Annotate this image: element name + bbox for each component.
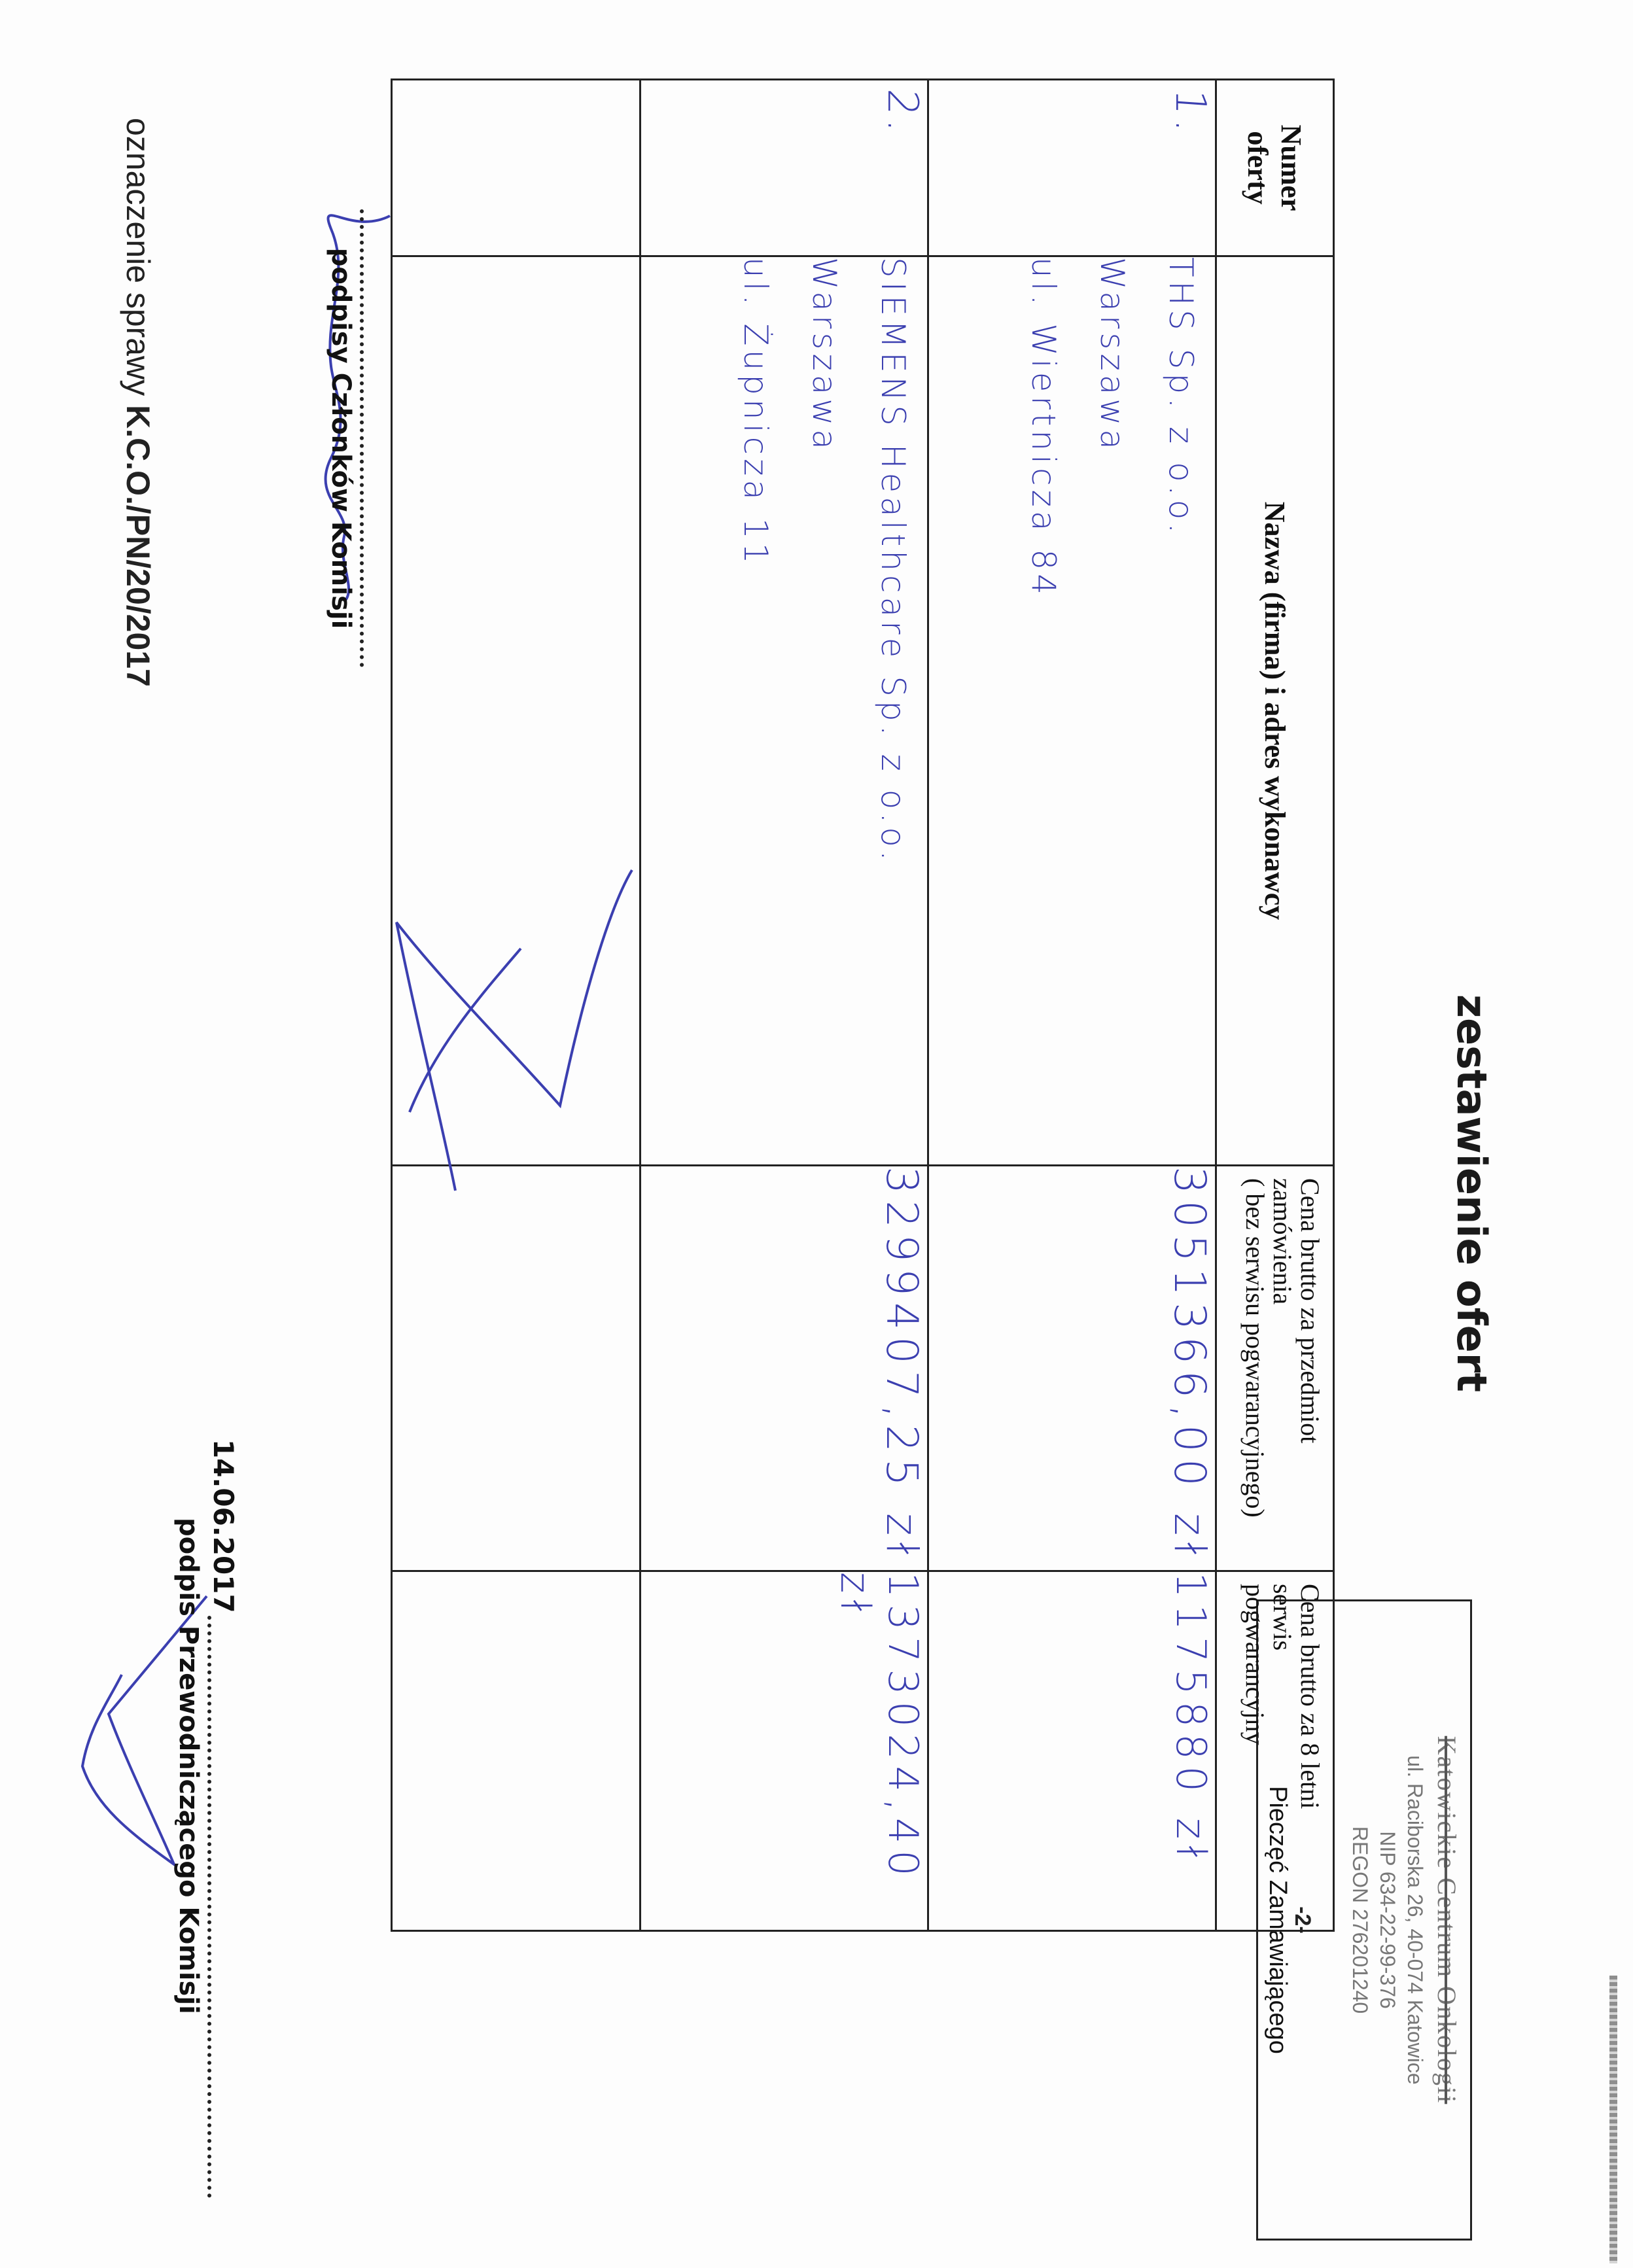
- document-sheet: oznaczenie sprawy K.C.O./PN/20/2017 zest…: [0, 0, 1633, 2268]
- contractor-name: THS Sp. z o.o.: [1146, 257, 1215, 1164]
- col-header-price-line2: zamówienia: [1269, 1178, 1296, 1558]
- stamp-nip: NIP 634-22-99-376: [1375, 1601, 1399, 2239]
- offers-table: Numer oferty Nazwa (firma) i adres wykon…: [391, 79, 1335, 1932]
- stamp-regon: REGON 276201240: [1348, 1601, 1372, 2239]
- case-ref-prefix: oznaczenie sprawy: [120, 118, 156, 396]
- empty-cell: [392, 80, 641, 256]
- col-header-service-line2: serwis: [1269, 1584, 1296, 1918]
- col-header-price: Cena brutto za przedmiot zamówienia ( be…: [1216, 1166, 1334, 1571]
- case-reference: oznaczenie sprawy K.C.O./PN/20/2017: [119, 118, 157, 687]
- gross-price: 3299407,25 zł: [641, 1166, 928, 1571]
- col-header-price-line1: Cena brutto za przedmiot: [1296, 1178, 1324, 1558]
- table-row: 2. SIEMENS Healthcare Sp. z o.o. Warszaw…: [641, 80, 928, 1931]
- chair-signature-block: 14.06.2017 podpis Przewodniczącego Komis…: [173, 1439, 239, 2198]
- empty-cell: [392, 1166, 641, 1571]
- empty-cell: [392, 256, 641, 1166]
- contractor-street: ul. Żupnicza 11: [721, 257, 790, 1164]
- table-row-empty: [392, 80, 641, 1931]
- offer-number: 2.: [641, 69, 928, 266]
- stamp-institution-name: Katowickie Centrum Onkologii: [1431, 1601, 1462, 2239]
- offer-number: 1.: [928, 69, 1216, 266]
- contractor-city: Warszawa: [1078, 257, 1146, 1164]
- col-header-name: Nazwa (firma) i adres wykonawcy: [1216, 256, 1334, 1166]
- col-header-price-line3: ( bez serwisu pogwarancyjnego): [1241, 1178, 1269, 1558]
- col-header-service: Cena brutto za 8 letni serwis pogwarancy…: [1216, 1571, 1334, 1931]
- col-header-service-line1: Cena brutto za 8 letni: [1296, 1584, 1324, 1918]
- case-ref-number: K.C.O./PN/20/2017: [120, 405, 156, 687]
- empty-cell: [392, 1571, 641, 1931]
- members-signature-block: podpisy Członków Komisji: [326, 209, 390, 667]
- signature-line: [207, 1616, 231, 2198]
- chair-signature-label: podpis Przewodniczącego Komisji: [173, 1439, 203, 2198]
- gross-price: 3051366,00 zł: [928, 1166, 1216, 1571]
- service-price: 1373024,40 zł: [641, 1571, 928, 1931]
- contractor-name: SIEMENS Healthcare Sp. z o.o.: [858, 257, 927, 1164]
- col-header-number: Numer oferty: [1216, 80, 1334, 256]
- col-header-number-line2: oferty: [1242, 80, 1275, 255]
- chair-date-line: 14.06.2017: [207, 1439, 239, 2198]
- scanned-page: oznaczenie sprawy K.C.O./PN/20/2017 zest…: [0, 0, 1633, 2268]
- col-header-service-line3: pogwarancyjny: [1241, 1584, 1269, 1918]
- table-header-row: Numer oferty Nazwa (firma) i adres wykon…: [1216, 80, 1334, 1931]
- signature-line: [360, 209, 390, 667]
- contractor-cell: THS Sp. z o.o. Warszawa ul. Wiertnicza 8…: [928, 256, 1216, 1166]
- contractor-cell: SIEMENS Healthcare Sp. z o.o. Warszawa u…: [641, 256, 928, 1166]
- document-title: zestawienie ofert: [1448, 994, 1496, 1392]
- service-price: 1175880 zł: [928, 1571, 1216, 1931]
- contractor-city: Warszawa: [790, 257, 858, 1164]
- contractor-street: ul. Wiertnicza 84: [1009, 257, 1078, 1164]
- stamp-address: ul. Raciborska 26, 40-074 Katowice: [1403, 1601, 1427, 2239]
- signature-date: 14.06.2017: [207, 1439, 239, 1613]
- col-header-number-line1: Numer: [1275, 80, 1308, 255]
- members-signature-label: podpisy Członków Komisji: [326, 209, 356, 667]
- table-row: 1. THS Sp. z o.o. Warszawa ul. Wiertnicz…: [928, 80, 1216, 1931]
